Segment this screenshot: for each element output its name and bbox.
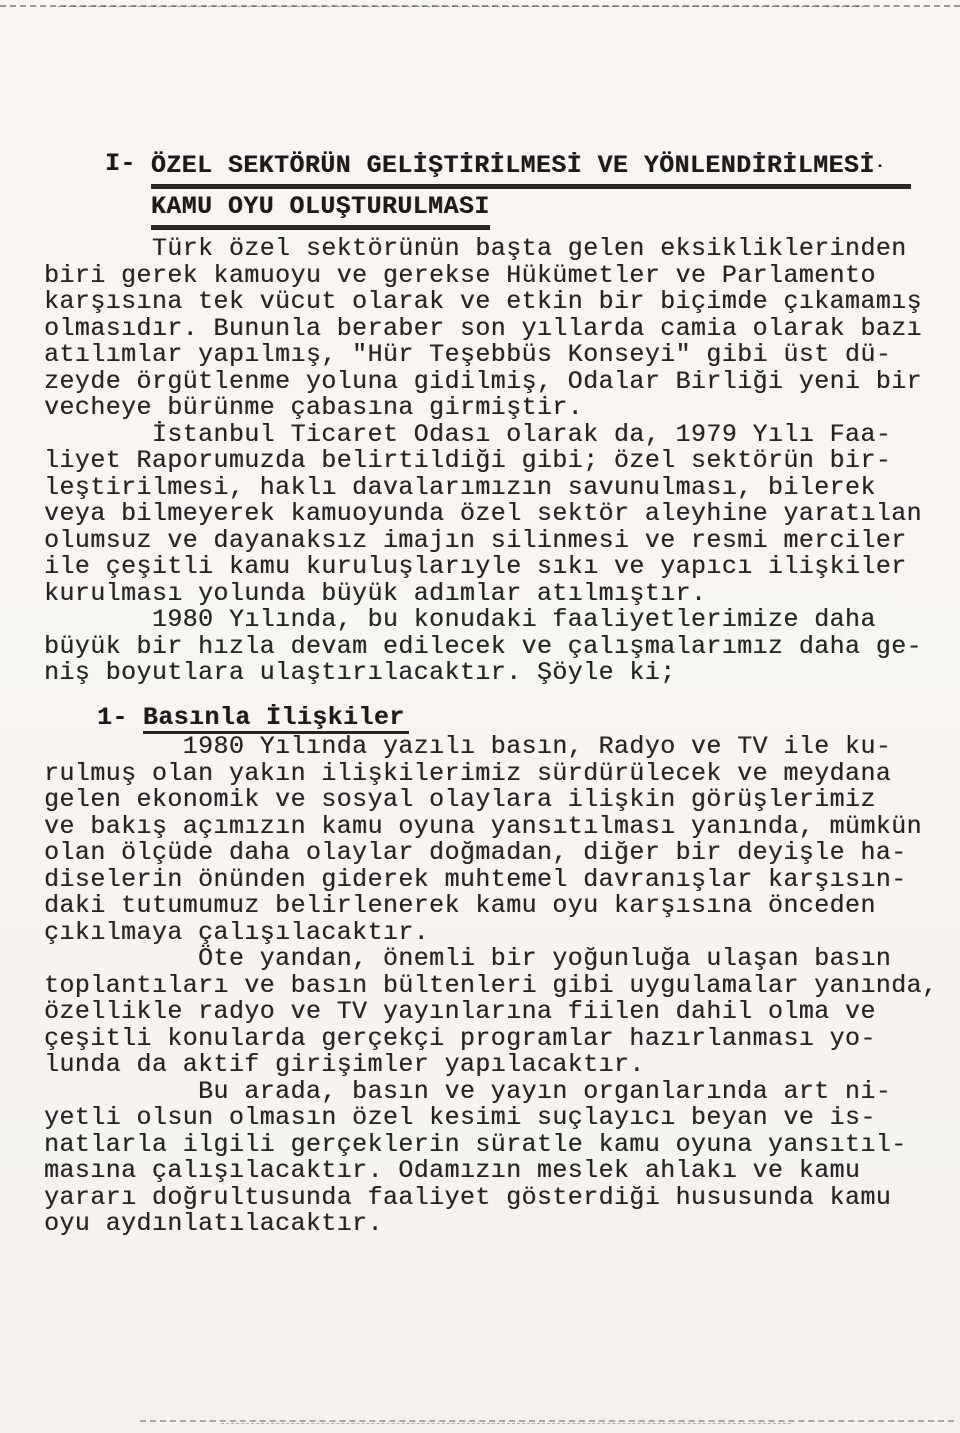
section-heading-number: I- xyxy=(105,146,136,230)
paragraph-press-relations: 1980 Yılında yazılı basın, Radyo ve TV i… xyxy=(44,734,944,946)
paragraph-public-opinion: Bu arada, basın ve yayın organlarında ar… xyxy=(44,1079,944,1238)
paragraph-1980-plans: 1980 Yılında, bu konudaki faaliyetlerimi… xyxy=(44,607,944,687)
section-heading-lines: ÖZEL SEKTÖRÜN GELİŞTİRİLMESİ VE YÖNLENDİ… xyxy=(151,146,912,230)
section-heading-line1: ÖZEL SEKTÖRÜN GELİŞTİRİLMESİ VE YÖNLENDİ… xyxy=(151,151,875,180)
scan-artifact-top-edge xyxy=(0,5,960,7)
subsection-title: Basınla İlişkiler xyxy=(143,705,409,735)
subsection-heading: 1-Basınla İlişkiler xyxy=(97,705,944,735)
document-body: I- ÖZEL SEKTÖRÜN GELİŞTİRİLMESİ VE YÖNLE… xyxy=(44,146,944,1238)
paragraph-intro: Türk özel sektörünün başta gelen eksikli… xyxy=(44,236,944,422)
document-paragraphs: Türk özel sektörünün başta gelen eksikli… xyxy=(44,236,944,1238)
scanned-document-page: I- ÖZEL SEKTÖRÜN GELİŞTİRİLMESİ VE YÖNLE… xyxy=(0,0,960,1433)
paragraph-ito-1979-report: İstanbul Ticaret Odası olarak da, 1979 Y… xyxy=(44,422,944,608)
section-heading: I- ÖZEL SEKTÖRÜN GELİŞTİRİLMESİ VE YÖNLE… xyxy=(105,146,944,230)
paragraph-press-activities: Öte yandan, önemli bir yoğunluğa ulaşan … xyxy=(44,946,944,1079)
section-heading-line2: KAMU OYU OLUŞTURULMASI xyxy=(151,189,490,230)
scan-artifact-bottom-edge xyxy=(140,1420,954,1422)
section-heading-punctuation: . xyxy=(875,154,886,173)
subsection-number: 1- xyxy=(97,703,128,732)
